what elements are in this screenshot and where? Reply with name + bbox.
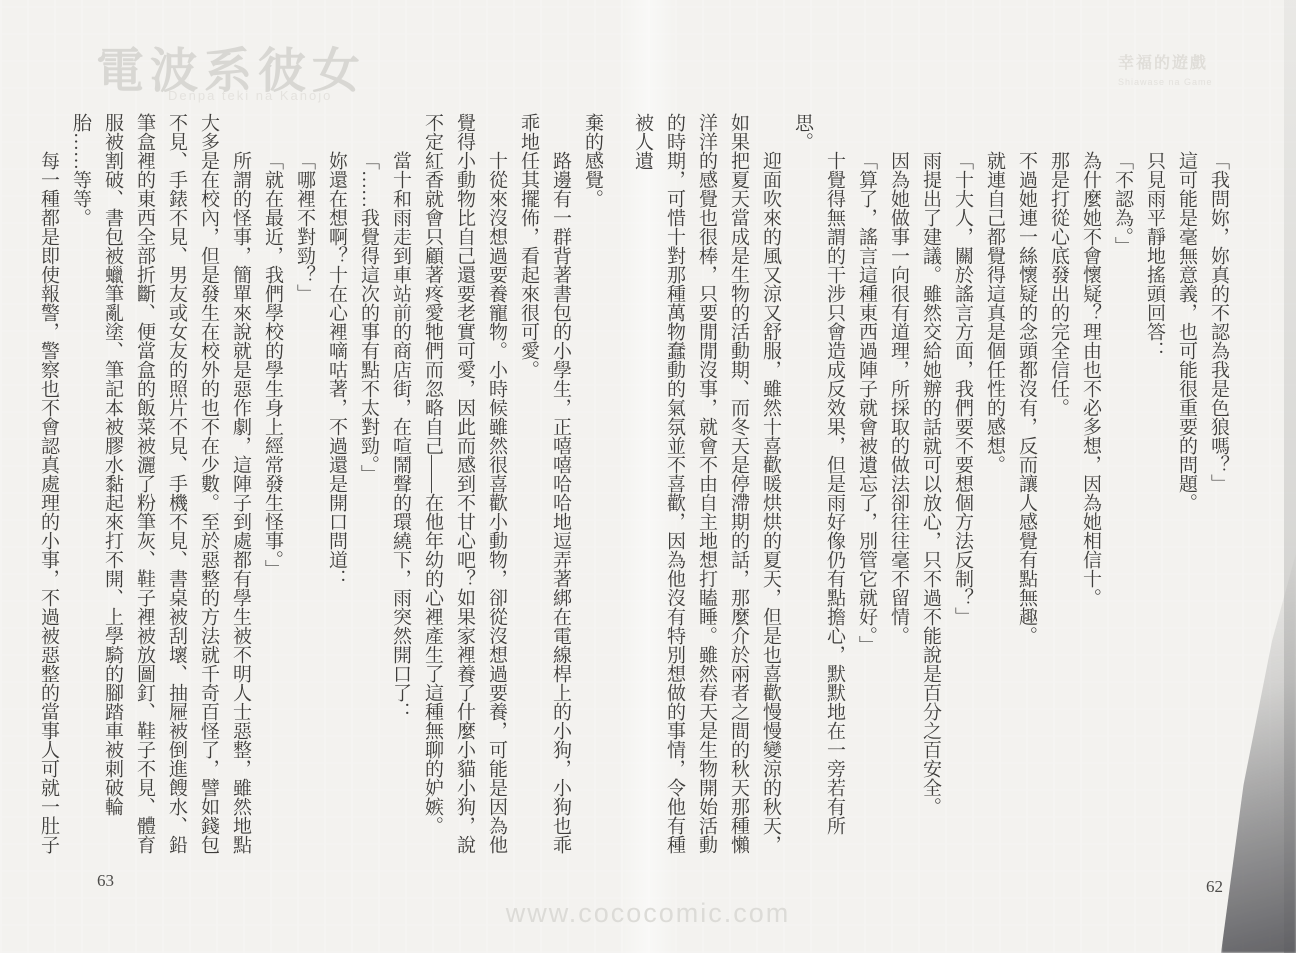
right-page-text: 「我問妳，妳真的不認為我是色狼嗎？」 這可能是毫無意義，也可能很重要的問題。 只… xyxy=(626,113,1234,865)
paragraph: 「我問妳，妳真的不認為我是色狼嗎？」 xyxy=(1202,113,1234,865)
paragraph: 「就在最近，我們學校的學生身上經常發生怪事。」 xyxy=(256,113,288,865)
book-spread-scan: 電波系彼女 Denpa teki na Kanojo 幸福的遊戲 Shiawas… xyxy=(0,0,1296,953)
paragraph: 因為她做事一向很有道理，所採取的做法卻往往毫不留情。 xyxy=(882,113,914,865)
running-head: 幸福的遊戲 Shiawase na Game xyxy=(1118,50,1278,87)
chapter-title-romaji: Shiawase na Game xyxy=(1118,77,1278,87)
paragraph: 十覺得無謂的干涉只會造成反效果，但是雨好像仍有點擔心，默默地在一旁若有所思。 xyxy=(786,113,850,865)
chapter-title: 幸福的遊戲 xyxy=(1118,50,1278,73)
paragraph: 路邊有一群背著書包的小學生，正嘻嘻哈哈地逗弄著綁在電線桿上的小狗，小狗也乖乖地任… xyxy=(512,113,576,865)
paragraph: 妳還在想啊？十在心裡嘀咕著，不過還是開口問道： xyxy=(320,113,352,865)
paragraph: 那是打從心底發出的完全信任。 xyxy=(1042,113,1074,865)
paragraph: 「十大人，關於謠言方面，我們要不要想個方法反制？」 xyxy=(946,113,978,865)
paragraph: 只見雨平靜地搖頭回答： xyxy=(1138,113,1170,865)
left-page-text: 棄的感覺。 路邊有一群背著書包的小學生，正嘻嘻哈哈地逗弄著綁在電線桿上的小狗，小… xyxy=(32,113,608,865)
scan-edge-strip xyxy=(1284,0,1296,953)
series-logo-romaji: Denpa teki na Kanojo xyxy=(168,88,332,103)
paragraph: 雨提出了建議。雖然交給她辦的話就可以放心，只不過不能說是百分之百安全。 xyxy=(914,113,946,865)
paragraph: 當十和雨走到車站前的商店街，在喧鬧聲的環繞下，雨突然開口了： xyxy=(384,113,416,865)
paragraph: 「不認為。」 xyxy=(1106,113,1138,865)
paragraph: 迎面吹來的風又涼又舒服，雖然十喜歡暖烘烘的夏天，但是也喜歡慢慢變涼的秋天，如果把… xyxy=(626,113,786,865)
paragraph: 不過她連一絲懷疑的念頭都沒有，反而讓人感覺有點無趣。 xyxy=(1010,113,1042,865)
paragraph: 十從來沒想過要養寵物。小時候雖然很喜歡小動物，卻從沒想過要養，可能是因為他覺得小… xyxy=(416,113,512,865)
paragraph: 棄的感覺。 xyxy=(576,113,608,865)
paragraph: 為什麼她不會懷疑？理由也不必多想，因為她相信十。 xyxy=(1074,113,1106,865)
paragraph: 這可能是毫無意義，也可能很重要的問題。 xyxy=(1170,113,1202,865)
page-number-right: 62 xyxy=(1206,877,1223,897)
paragraph: 就連自己都覺得這真是個任性的感想。 xyxy=(978,113,1010,865)
paragraph: 每一種都是即使報警，警察也不會認真處理的小事，不過被惡整的當事人可就一肚子 xyxy=(32,113,64,865)
page-number-left: 63 xyxy=(97,871,114,891)
paragraph: 「……我覺得這次的事有點不太對勁。」 xyxy=(352,113,384,865)
watermark-url: www.cococomic.com xyxy=(506,898,791,929)
paragraph: 所謂的怪事，簡單來說就是惡作劇，這陣子到處都有學生被不明人士惡整，雖然地點大多是… xyxy=(64,113,256,865)
paragraph: 「算了，謠言這種東西過陣子就會被遺忘了，別管它就好。」 xyxy=(850,113,882,865)
paragraph: 「哪裡不對勁？」 xyxy=(288,113,320,865)
